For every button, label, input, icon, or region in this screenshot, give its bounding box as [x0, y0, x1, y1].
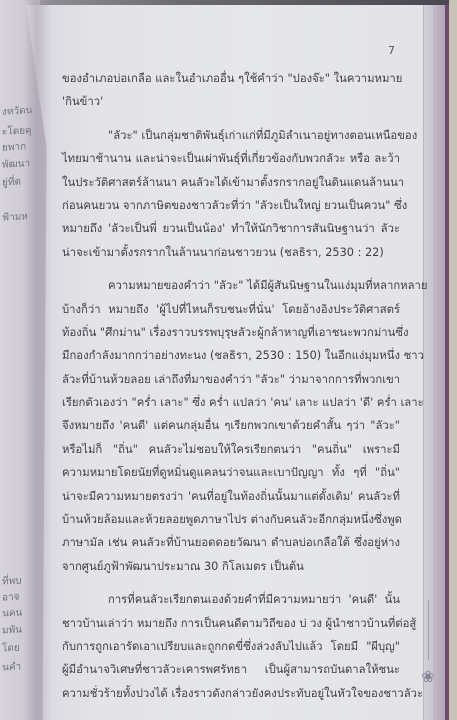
page-stack-edge	[433, 5, 445, 720]
previous-page-fragment: โดย	[2, 641, 20, 657]
text-line: ภาษามัล เช่น คนลัวะที่บ้านยอดดอยวัฒนา ตำ…	[62, 531, 400, 554]
text-line: ไทยมาช้านาน และน่าจะเป็นเผ่าพันธุ์ที่เกี…	[62, 147, 400, 170]
text-line: ท้องถิ่น "ศึกม่าน" เรื่องราวบรรพบุรุษลัว…	[62, 321, 400, 344]
previous-page-fragment: นคำ	[2, 659, 21, 675]
text-line: มีกองกำลังมากกว่าอย่างทะนง (ชลธิรา, 2530…	[62, 344, 400, 367]
text-line: หมายถึง 'ลัวะเป็นพี่ ยวนเป็นน้อง' ทำให้น…	[62, 217, 400, 240]
paragraph: ความหมายของคำว่า "ลัวะ" ได้มีผู้สันนิษฐา…	[62, 274, 400, 578]
text-line: ความหมายของคำว่า "ลัวะ" ได้มีผู้สันนิษฐา…	[62, 274, 400, 297]
previous-page-fragment: ยพาก	[2, 139, 26, 155]
book-photo: งหวัดน ะโดยคุ ยพาก พัฒนา ยู่ที่ต ฟ้ามห ท…	[0, 0, 457, 720]
text-line: หรือไม่ก็ "ถิ่น" คนลัวะไม่ชอบให้ใครเรียก…	[62, 438, 400, 461]
page-number: 7	[388, 44, 395, 57]
previous-page-fragment: ที่พบ	[2, 573, 22, 589]
text-line: บ้านห้วยล้อมและห้วยลอยพูดภาษาไปร ต่างกับ…	[62, 508, 400, 531]
text-line: การที่คนลัวะเรียกตนเองด้วยคำที่มีความหมา…	[62, 588, 400, 611]
text-line: จึงหมายถึง 'คนดี' แต่คนกลุ่มอื่น ๆเรียกพ…	[62, 414, 400, 437]
text-line: จากศูนย์ภูฟ้าพัฒนาประมาณ 30 กิโลเมตร เป็…	[62, 555, 400, 578]
previous-page-fragment: ยู่ที่ต	[2, 175, 21, 191]
text-line: เรียกตัวเองว่า "คร่ำ เลาะ" ซึ่ง คร่ำ แปล…	[62, 391, 400, 414]
previous-page-fragment: นคน	[2, 605, 22, 621]
text-line: ผู้มีอำนาจวิเศษที่ชาวลัวะเคารพศรัทธา เป็…	[62, 658, 400, 681]
text-line: ของอำเภอบ่อเกลือ และในอำเภออื่น ๆใช้คำว่…	[62, 67, 400, 90]
text-line: บ้างก็ว่า หมายถึง 'ผู้ไปที่ไหนก็รบชนะที่…	[62, 298, 400, 321]
text-line: ลัวะที่บ้านห้วยลอย เล่าถึงที่มาของคำว่า …	[62, 368, 400, 391]
background-surface	[449, 0, 457, 720]
text-line: ชาวบ้านเล่าว่า หมายถึง การเป็นคนดีตามวิถ…	[62, 612, 400, 635]
text-line: 'กินข้าว'	[62, 90, 400, 113]
text-line: ในประวัติศาสตร์ล้านนา คนลัวะได้เข้ามาตั้…	[62, 171, 400, 194]
previous-page-fragment: มพัน	[2, 622, 22, 638]
book-gutter-shadow	[24, 0, 52, 720]
text-line: น่าจะมีความหมายตรงว่า 'คนที่อยู่ในท้องถิ…	[62, 485, 400, 508]
floral-ornament-icon: ❀	[419, 666, 437, 688]
paragraph: การที่คนลัวะเรียกตนเองด้วยคำที่มีความหมา…	[62, 588, 400, 705]
text-line: กับการถูกเอารัดเอาเปรียบและถูกกดขี่ซึ่งล…	[62, 635, 400, 658]
margin-rule	[428, 600, 429, 660]
text-line: ความหมายโดยนัยที่ดูหมิ่นดูแคลนว่าจนและเบ…	[62, 461, 400, 484]
body-text: ของอำเภอบ่อเกลือ และในอำเภออื่น ๆใช้คำว่…	[62, 67, 400, 705]
text-line: ความชั่วร้ายทั้งปวงได้ เรื่องราวดังกล่าว…	[62, 682, 400, 705]
paragraph: "ลัวะ" เป็นกลุ่มชาติพันธุ์เก่าแก่ที่มีภู…	[62, 124, 400, 264]
text-line: น่าจะเข้ามาตั้งรกรากในล้านนาก่อนชาวยวน (…	[62, 241, 400, 264]
paragraph: ของอำเภอบ่อเกลือ และในอำเภออื่น ๆใช้คำว่…	[62, 67, 400, 114]
text-line: "ลัวะ" เป็นกลุ่มชาติพันธุ์เก่าแก่ที่มีภู…	[62, 124, 400, 147]
text-line: ก่อนคนยวน จากภาษิตของชาวลัวะที่ว่า "ลัวะ…	[62, 194, 400, 217]
previous-page-fragment: อาจ	[2, 590, 19, 606]
